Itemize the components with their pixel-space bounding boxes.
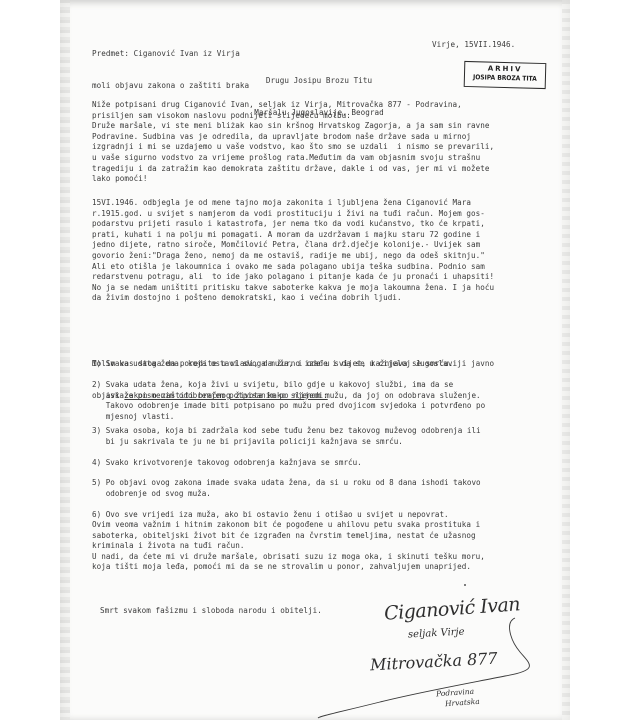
signature-flourish	[0, 0, 618, 720]
